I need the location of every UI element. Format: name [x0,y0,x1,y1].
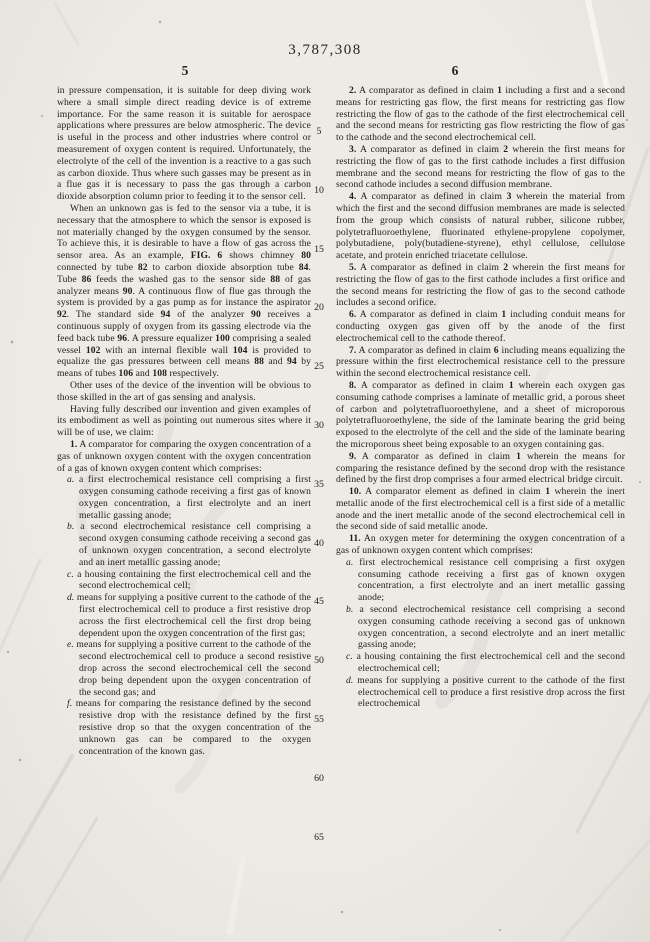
claim-1: 1. A comparator for comparing the oxygen… [57,439,311,474]
claim-1-item-a: a. a first electrochemical resistance ce… [57,474,311,521]
claim-1-item-e: e. means for supplying a positive curren… [57,639,311,698]
claim-9: 9. A comparator as defined in claim 1 wh… [336,451,625,486]
claim-11-item-d: d. means for supplying a positive curren… [336,675,625,710]
claim-8: 8. A comparator as defined in claim 1 wh… [336,380,625,451]
column-number-5: 5 [160,63,210,79]
claim-7: 7. A comparator as defined in claim 6 in… [336,345,625,380]
claim-1-item-f: f. means for comparing the resistance de… [57,698,311,757]
claim-11-item-b: b. a second electrochemical resistance c… [336,604,625,651]
claim-2: 2. A comparator as defined in claim 1 in… [336,85,625,144]
claim-11: 11. An oxygen meter for determining the … [336,533,625,557]
body-paragraph-pressure-compensation: in pressure compensation, it is suitable… [57,85,311,203]
line-number-60: 60 [306,773,332,784]
body-paragraph-unknown-gas: When an unknown gas is fed to the sensor… [57,203,311,380]
claim-4: 4. A comparator as defined in claim 3 wh… [336,191,625,262]
claim-11-item-a: a. first electrochemical resistance cell… [336,557,625,604]
patent-page-scan: 3,787,308 5 6 5101520253035404550556065 … [0,0,650,942]
body-paragraph-we-claim: Having fully described our invention and… [57,404,311,439]
claim-5: 5. A comparator as defined in claim 2 wh… [336,262,625,309]
column-6-text: 2. A comparator as defined in claim 1 in… [336,85,625,710]
claim-1-item-d: d. means for supplying a positive curren… [57,592,311,639]
claim-1-item-c: c. a housing containing the first electr… [57,569,311,593]
column-5-text: in pressure compensation, it is suitable… [57,85,311,757]
claim-11-item-c: c. a housing containing the first electr… [336,651,625,675]
line-number-65: 65 [306,832,332,843]
body-paragraph-other-uses: Other uses of the device of the inventio… [57,380,311,404]
column-number-6: 6 [430,63,480,79]
claim-6: 6. A comparator as defined in claim 1 in… [336,309,625,344]
claim-10: 10. A comparator element as defined in c… [336,486,625,533]
claim-3: 3. A comparator as defined in claim 2 wh… [336,144,625,191]
claim-1-item-b: b. a second electrochemical resistance c… [57,521,311,568]
